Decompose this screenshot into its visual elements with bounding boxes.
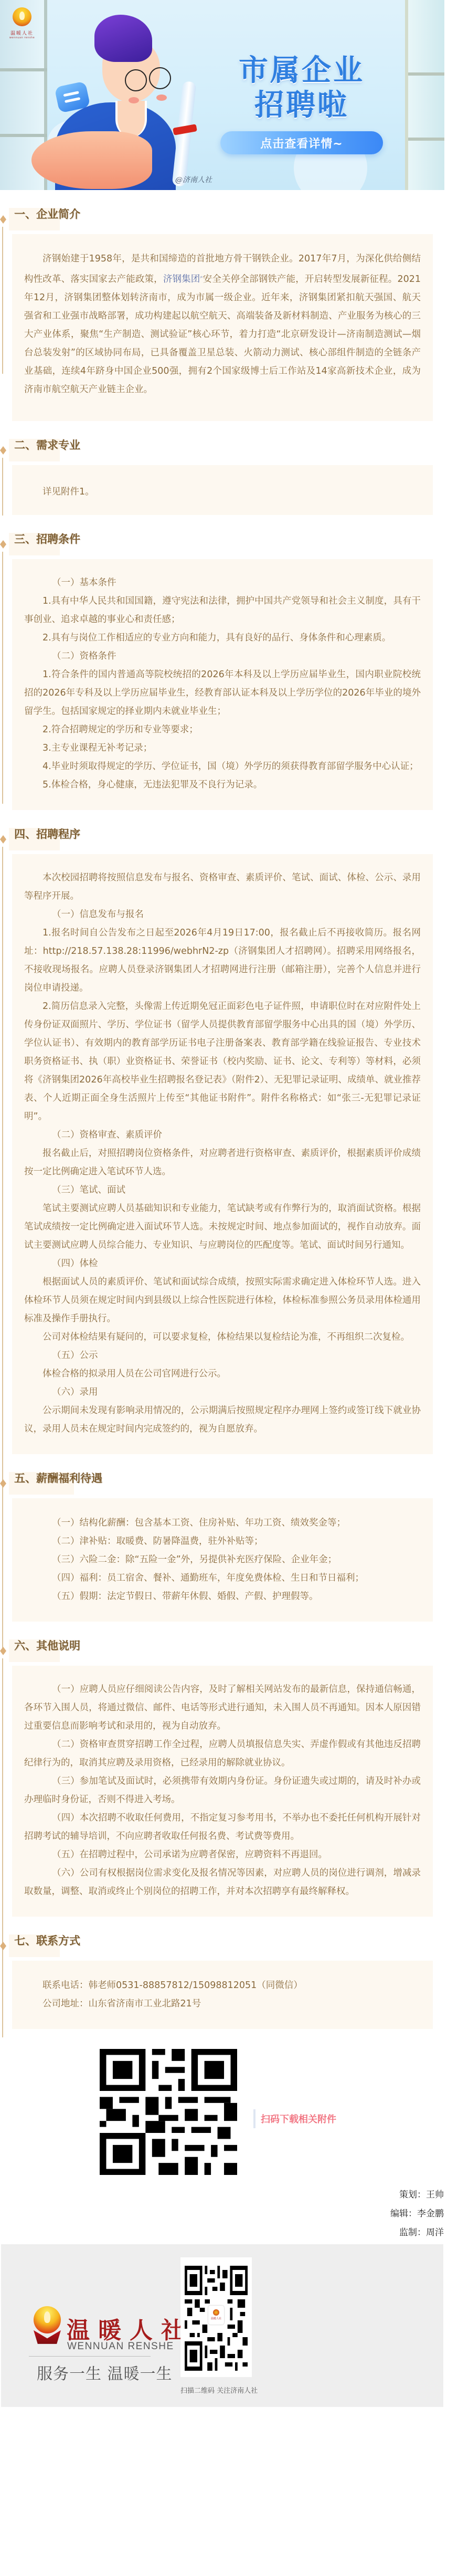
glasses-icon [149,67,171,89]
requirement-item: 5.体检合格，身心健康，无违法犯罪及不良行为记录。 [24,776,421,794]
subsection-heading: （一）基本条件 [24,574,421,592]
note-item: （二）资格审查贯穿招聘工作全过程，应聘人员填报信息失实、弄虚作假或有其他违反招聘… [24,1736,421,1772]
section-body: 本次校园招聘将按照信息发布与报名、资格审查、素质评价、笔试、面试、体检、公示、录… [12,854,433,1454]
section-title: 一、企业简介 [14,206,80,222]
section-body: 详见附件1。 [12,465,433,515]
jigang-group-link[interactable]: 济钢集团 [163,274,200,285]
requirement-item: 2.符合招聘规定的学历和专业等要求； [24,721,421,739]
procedure-paragraph: 体检合格的拟录用人员在公司官网进行公示。 [24,1365,421,1383]
section-company-intro: 一、企业简介 济钢始建于1958年，是共和国缔造的首批地方骨干钢铁企业。2017… [0,202,458,421]
section-header: 三、招聘条件 [0,527,458,559]
note-item: （四）本次招聘不收取任何费用，不指定复习参考用书，不举办也不委托任何机构开展针对… [24,1809,421,1846]
diamond-bullet-icon [0,540,6,549]
credit-editor: 编辑：李金鹏 [0,2204,444,2223]
note-item: （一）应聘人员应仔细阅读公告内容，及时了解相关网站发布的最新信息，保持通信畅通，… [24,1680,421,1736]
resume-materials-paragraph: 2.简历信息录入完整，头像需上传近期免冠正面彩色电子证件照，申请职位时在对应附件… [24,997,421,1126]
procedure-paragraph: 根据面试人员的素质评价、笔试和面试综合成绩，按照实际需求确定进入体检环节人选。进… [24,1273,421,1328]
wennuan-renshe-emblem-icon [34,2306,61,2353]
subsection-heading: （四）体检 [24,1255,421,1273]
cartoon-person-illustration [31,10,205,190]
section-body: 联系电话：韩老师0531-88857812/15098812051（同微信） 公… [12,1961,433,2029]
benefit-item: （四）福利：员工宿舍、餐补、通勤班车，年度免费体检、生日和节日福利； [24,1569,421,1587]
majors-paragraph: 详见附件1。 [24,483,421,501]
logo-text-cn: 温暖人社 [10,29,34,36]
section-required-majors: 二、需求专业 详见附件1。 [0,433,458,515]
footer-brand-en: WENNUAN RENSHE [67,2341,174,2352]
section-body: 济钢始建于1958年，是共和国缔造的首批地方骨干钢铁企业。2017年7月，为深化… [12,234,433,421]
bottom-spacer [0,2407,458,2423]
benefit-item: （一）结构化薪酬：包含基本工资、住房补贴、年功工资、绩效奖金等； [24,1514,421,1532]
section-title: 六、其他说明 [14,1637,80,1653]
subsection-heading: （三）笔试、面试 [24,1181,421,1200]
requirement-item: 1.符合条件的国内普通高等院校统招的2026年本科及以上学历应届毕业生，国内职业… [24,666,421,721]
contact-phone[interactable]: 联系电话：韩老师0531-88857812/15098812051（同微信） [24,1976,421,1995]
registration-paragraph: 1.报名时间自公告发布之日起至2026年4月19日17:00，报名截止后不再接收… [24,924,421,997]
glasses-icon [125,69,147,91]
credit-planner: 策划：王帅 [0,2185,444,2204]
requirement-item: 4.毕业时须取得规定的学历、学位证书，国（境）外学历的须获得教育部留学服务中心认… [24,758,421,776]
section-header: 二、需求专业 [0,433,458,465]
section-compensation: 五、薪酬福利待遇 （一）结构化薪酬：包含基本工资、住房补贴、年功工资、绩效奖金等… [0,1466,458,1622]
section-procedure: 四、招聘程序 本次校园招聘将按照信息发布与报名、资格审查、素质评价、笔试、面试、… [0,822,458,1454]
credits: 策划：王帅 编辑：李金鹏 监制：周洋 [0,2185,458,2242]
subsection-heading: （二）资格审查、素质评价 [24,1126,421,1144]
section-title: 三、招聘条件 [14,531,80,546]
section-timeline-line [2,847,3,1508]
note-item: （六）公司有权根据岗位需求变化及报名情况等因素，对应聘人员的岗位进行调剂，增减录… [24,1864,421,1901]
attachment-qr-code[interactable] [100,2049,237,2175]
hero-banner[interactable]: 温暖人社 wennuan renshe 市属企业 招聘啦 点击查看详情~ @济南… [0,0,444,190]
footer-brand-card: 温暖人社 WENNUAN RENSHE 服务一生 温暖一生 温暖人社 扫描二维码 [1,2244,443,2407]
section-title: 五、薪酬福利待遇 [14,1470,102,1486]
section-contact: 七、联系方式 联系电话：韩老师0531-88857812/15098812051… [0,1928,458,2029]
section-timeline-line [2,1491,3,1648]
footer-brand-cn: 温暖人社 [67,2311,193,2345]
diamond-bullet-icon [0,1942,6,1950]
section-other-notes: 六、其他说明 （一）应聘人员应仔细阅读公告内容，及时了解相关网站发布的最新信息，… [0,1633,458,1917]
download-attachments-label: 扫码下载相关附件 [253,2109,336,2128]
logo-text-en: wennuan renshe [9,36,35,39]
illustration-cheek [156,94,167,101]
diamond-bullet-icon [0,446,6,455]
section-body: （一）结构化薪酬：包含基本工资、住房补贴、年功工资、绩效奖金等； （二）津补贴：… [12,1498,433,1622]
illustration-cheek [129,97,139,103]
section-timeline-line [2,227,3,374]
diamond-bullet-icon [0,835,6,844]
diamond-bullet-icon [0,215,6,224]
intro-text-part: 安全关停全部钢铁产能，开启转型发展新征程。2021年12月，济钢集团整体划转济南… [24,274,421,395]
window-frame-right-decoration [405,0,444,190]
benefit-item: （五）假期：法定节假日、带薪年休假、婚假、产假、护理假等。 [24,1587,421,1606]
procedure-paragraph: 公示期间未发现有影响录用情况的，公示期满后按照规定程序办理网上签约或签订线下就业… [24,1402,421,1438]
logo-sun-icon [13,7,31,26]
follow-account-qr-code[interactable]: 温暖人社 [180,2257,252,2377]
section-header: 四、招聘程序 [0,822,458,854]
procedure-paragraph: 公司对体检结果有疑问的，可以要求复检，体检结果以复检结论为准，不再组织二次复检。 [24,1328,421,1347]
attachment-qr-row: 扫码下载相关附件 [0,2044,458,2180]
contact-address: 公司地址：山东省济南市工业北路21号 [24,1995,421,2013]
subsection-heading: （六）录用 [24,1383,421,1402]
footer-slogan: 服务一生 温暖一生 [37,2361,173,2384]
qr-badge-text: 温暖人社 [211,2317,221,2320]
section-timeline-line [2,552,3,804]
section-title: 二、需求专业 [14,437,80,453]
benefit-item: （三）六险二金：除“五险一金”外，另提供补充医疗保险、企业年金； [24,1551,421,1569]
requirement-item: 3.主专业课程无补考记录； [24,739,421,758]
subsection-heading: （一）信息发布与报名 [24,906,421,924]
logo-sun-icon [213,2309,219,2316]
headline-line-1: 市属企业 [218,54,386,88]
section-header: 六、其他说明 [0,1633,458,1666]
footer-divider [29,2356,151,2357]
qr-center-logo: 温暖人社 [208,2306,224,2325]
illustration-hair [94,15,152,62]
note-item: （三）参加笔试及面试时，必须携带有效期内身份证。身份证遗失或过期的，请及时补办或… [24,1772,421,1809]
section-timeline-line [2,458,3,516]
follow-qr-caption: 扫描二维码 关注济南人社 [180,2385,254,2395]
banner-watermark: @济南人社 [175,174,212,185]
illustration-hand [31,131,152,189]
diamond-bullet-icon [0,1479,6,1488]
section-header: 五、薪酬福利待遇 [0,1466,458,1498]
diamond-bullet-icon [0,1647,6,1655]
procedure-paragraph: 报名截止后，对照招聘岗位资格条件，对应聘者进行资格审查、素质评价，根据素质评价成… [24,1144,421,1181]
procedure-paragraph: 笔试主要测试应聘人员基础知识和专业能力，笔试缺考或有作弊行为的，取消面试资格。根… [24,1200,421,1255]
emblem-sun [34,2306,61,2333]
section-body: （一）应聘人员应仔细阅读公告内容，及时了解相关网站发布的最新信息，保持通信畅通，… [12,1666,433,1917]
credit-supervisor: 监制：周洋 [0,2223,444,2242]
section-header: 一、企业简介 [0,202,458,234]
banner-headline: 市属企业 招聘啦 [218,54,386,123]
company-intro-paragraph: 济钢始建于1958年，是共和国缔造的首批地方骨干钢铁企业。2017年7月，为深化… [24,250,421,399]
requirement-item: 2.具有与岗位工作相适应的专业方向和能力，具有良好的品行、身体条件和心理素质。 [24,629,421,647]
headline-line-2: 招聘啦 [218,88,386,123]
section-body: （一）基本条件 1.具有中华人民共和国国籍，遵守宪法和法律，拥护中国共产党领导和… [12,559,433,810]
section-timeline-line [2,1953,3,2037]
view-details-button[interactable]: 点击查看详情~ [220,131,383,154]
article-content: 一、企业简介 济钢始建于1958年，是共和国缔造的首批地方骨干钢铁企业。2017… [0,202,458,2029]
note-item: （五）在招聘过程中，公司承诺为应聘者保密，应聘资料不再退回。 [24,1846,421,1864]
subsection-heading: （五）公示 [24,1347,421,1365]
section-requirements: 三、招聘条件 （一）基本条件 1.具有中华人民共和国国籍，遵守宪法和法律，拥护中… [0,527,458,810]
subsection-heading: （二）资格条件 [24,647,421,666]
section-header: 七、联系方式 [0,1928,458,1961]
section-title: 四、招聘程序 [14,826,80,842]
benefit-item: （二）津补贴：取暖费、防暑降温费，驻外补贴等； [24,1532,421,1551]
qr-code-icon [100,2049,237,2175]
requirement-item: 1.具有中华人民共和国国籍，遵守宪法和法律，拥护中国共产党领导和社会主义制度，具… [24,592,421,629]
section-title: 七、联系方式 [14,1932,80,1948]
procedure-intro: 本次校园招聘将按照信息发布与报名、资格审查、素质评价、笔试、面试、体检、公示、录… [24,869,421,906]
